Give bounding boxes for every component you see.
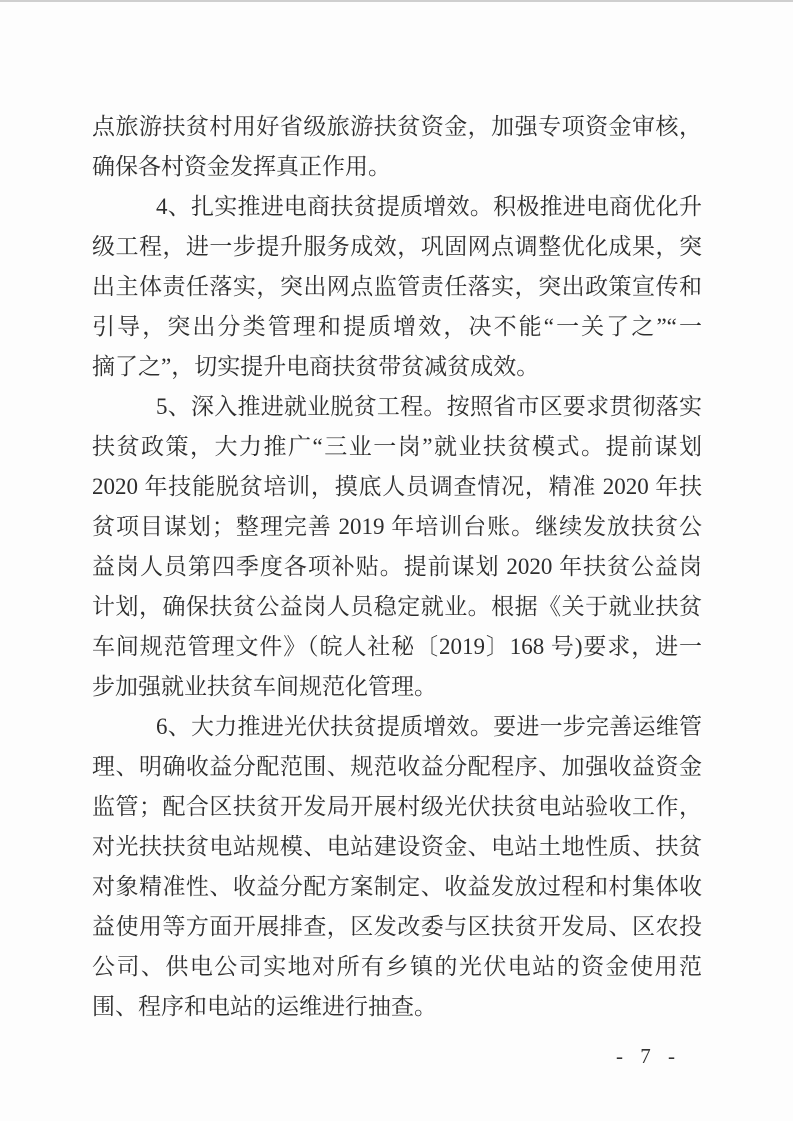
text-line: 对光扶扶贫电站规模、电站建设资金、电站土地性质、扶贫 <box>92 827 702 867</box>
text-block: 点旅游扶贫村用好省级旅游扶贫资金，加强专项资金审核，确保各村资金发挥真正作用。4… <box>92 107 702 1027</box>
text-line: 步加强就业扶贫车间规范化管理。 <box>92 667 702 707</box>
text-line: 4、扎实推进电商扶贫提质增效。积极推进电商优化升 <box>92 187 702 227</box>
text-line: 引导，突出分类管理和提质增效，决不能“一关了之”“一 <box>92 307 702 347</box>
text-line: 2020 年技能脱贫培训，摸底人员调查情况，精准 2020 年扶 <box>92 467 702 507</box>
text-line: 对象精准性、收益分配方案制定、收益发放过程和村集体收 <box>92 867 702 907</box>
text-line: 公司、供电公司实地对所有乡镇的光伏电站的资金使用范 <box>92 947 702 987</box>
text-line: 贫项目谋划；整理完善 2019 年培训台账。继续发放扶贫公 <box>92 507 702 547</box>
text-line: 监管；配合区扶贫开发局开展村级光伏扶贫电站验收工作， <box>92 787 702 827</box>
text-line: 摘了之”，切实提升电商扶贫带贫减贫成效。 <box>92 347 702 387</box>
text-line: 点旅游扶贫村用好省级旅游扶贫资金，加强专项资金审核， <box>92 107 702 147</box>
text-line: 围、程序和电站的运维进行抽查。 <box>92 987 702 1027</box>
text-line: 益岗人员第四季度各项补贴。提前谋划 2020 年扶贫公益岗 <box>92 547 702 587</box>
document-page: 点旅游扶贫村用好省级旅游扶贫资金，加强专项资金审核，确保各村资金发挥真正作用。4… <box>0 0 793 1121</box>
page-number: - 7 - <box>616 1044 678 1069</box>
text-line: 计划，确保扶贫公益岗人员稳定就业。根据《关于就业扶贫 <box>92 587 702 627</box>
text-line: 确保各村资金发挥真正作用。 <box>92 147 702 187</box>
text-line: 级工程，进一步提升服务成效，巩固网点调整优化成果，突 <box>92 227 702 267</box>
text-line: 出主体责任落实，突出网点监管责任落实，突出政策宣传和 <box>92 267 702 307</box>
scan-edge-artifact <box>0 0 793 2</box>
text-line: 扶贫政策，大力推广“三业一岗”就业扶贫模式。提前谋划 <box>92 427 702 467</box>
text-line: 理、明确收益分配范围、规范收益分配程序、加强收益资金 <box>92 747 702 787</box>
text-line: 车间规范管理文件》（皖人社秘〔2019〕168 号)要求，进一 <box>92 627 702 667</box>
text-line: 6、大力推进光伏扶贫提质增效。要进一步完善运维管 <box>92 707 702 747</box>
text-line: 益使用等方面开展排查，区发改委与区扶贫开发局、区农投 <box>92 907 702 947</box>
text-line: 5、深入推进就业脱贫工程。按照省市区要求贯彻落实 <box>92 387 702 427</box>
